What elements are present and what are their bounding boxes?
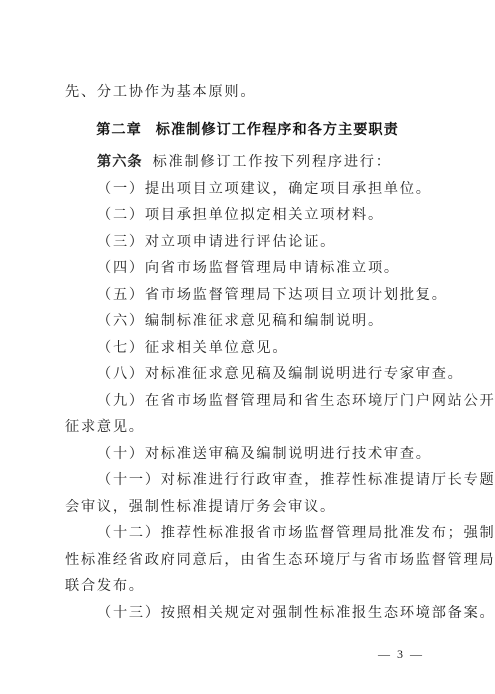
list-item-13: （十三）按照相关规定对强制性标准报生态环境部备案。 [97,603,467,623]
list-item-12-line-3: 联合发布。 [65,576,435,596]
list-item-12-line-2: 性标准经省政府同意后，由省生态环境厅与省市场监督管理局 [65,550,435,570]
list-item-6: （六）编制标准征求意见稿和编制说明。 [97,311,467,331]
continuation-line: 先、分工协作为基本原则。 [65,82,435,102]
list-item-1: （一）提出项目立项建议，确定项目承担单位。 [97,179,467,199]
list-item-7: （七）征求相关单位意见。 [97,338,467,358]
article-text: 标准制修订工作按下列程序进行： [153,154,392,170]
page-number: — 3 — [378,645,424,663]
list-item-11-line-2: 会审议，强制性标准提请厅务会审议。 [65,497,435,517]
chapter-title: 标准制修订工作程序和各方主要职责 [156,122,399,138]
list-item-9-line-2: 征求意见。 [65,417,435,437]
list-item-12-line-1: （十二）推荐性标准报省市场监督管理局批准发布；强制 [97,523,467,543]
list-item-3: （三）对立项申请进行评估论证。 [97,232,467,252]
list-item-9-line-1: （九）在省市场监督管理局和省生态环境厅门户网站公开 [97,391,467,411]
list-item-4: （四）向省市场监督管理局申请标准立项。 [97,258,467,278]
article-six: 第六条标准制修订工作按下列程序进行： [97,152,467,172]
list-item-5: （五）省市场监督管理局下达项目立项计划批复。 [97,285,467,305]
document-page: 先、分工协作为基本原则。 第二章标准制修订工作程序和各方主要职责 第六条标准制修… [0,0,495,694]
list-item-11-line-1: （十一）对标准进行行政审查，推荐性标准提请厅长专题 [97,470,467,490]
chapter-heading: 第二章标准制修订工作程序和各方主要职责 [0,120,495,140]
article-label: 第六条 [97,154,143,170]
chapter-number: 第二章 [96,122,142,138]
list-item-8: （八）对标准征求意见稿及编制说明进行专家审查。 [97,364,467,384]
list-item-10: （十）对标准送审稿及编制说明进行技术审查。 [97,444,467,464]
list-item-2: （二）项目承担单位拟定相关立项材料。 [97,205,467,225]
